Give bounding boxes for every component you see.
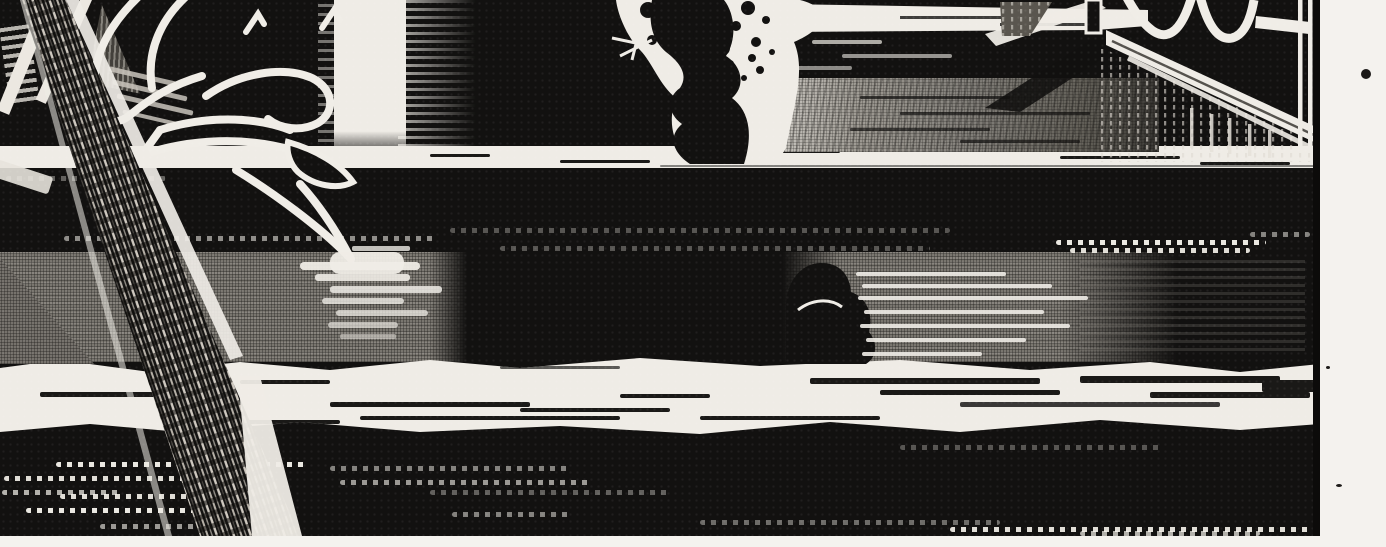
glyph-inner-arc <box>151 0 196 88</box>
figure-scene <box>612 0 1148 164</box>
glyph-tick <box>322 10 340 28</box>
margin-ink-dot <box>1361 69 1371 79</box>
line-art <box>0 0 1320 536</box>
railing <box>985 0 1314 162</box>
white-dash <box>790 66 852 70</box>
margin-ink-speck <box>1326 366 1330 369</box>
white-dash <box>812 40 882 44</box>
glyph-bar-bottom <box>142 141 292 155</box>
glyph-tick <box>246 14 264 32</box>
fence-mesh <box>1095 45 1312 162</box>
wooden-beam <box>20 0 302 536</box>
panel-border <box>1313 0 1320 536</box>
glyph-bar-top <box>160 120 290 131</box>
railing-post <box>1308 0 1313 152</box>
rail-post-dark <box>1086 0 1101 33</box>
band-streaks <box>850 96 1090 143</box>
glyph-arc-foot <box>130 76 202 115</box>
head-shoulder-silhouette <box>786 263 1088 364</box>
manga-page <box>0 0 1386 547</box>
speed-line-streaks <box>856 272 1088 356</box>
margin-ink-speck <box>1336 484 1342 487</box>
railing-post <box>1298 0 1303 150</box>
white-dash <box>842 54 952 58</box>
manga-panel <box>0 0 1320 536</box>
glyph-speed-flare <box>300 246 442 339</box>
background-glyph-strokes <box>1126 0 1254 38</box>
glyph-leaf <box>287 142 353 186</box>
